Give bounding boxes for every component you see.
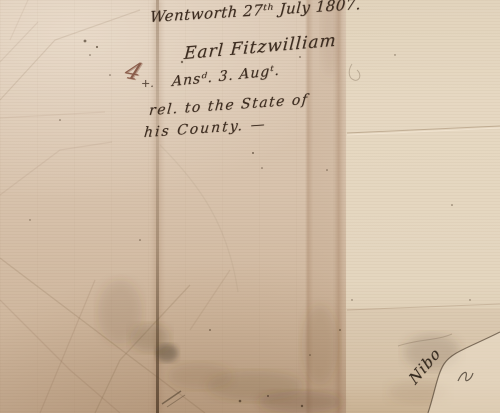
plus-check-mark: +.	[141, 77, 154, 90]
creases-top-left	[0, 0, 140, 195]
letter-photograph: Wentworth 27ᵗʰ July 1807. Earl Fitzwilli…	[0, 0, 500, 413]
